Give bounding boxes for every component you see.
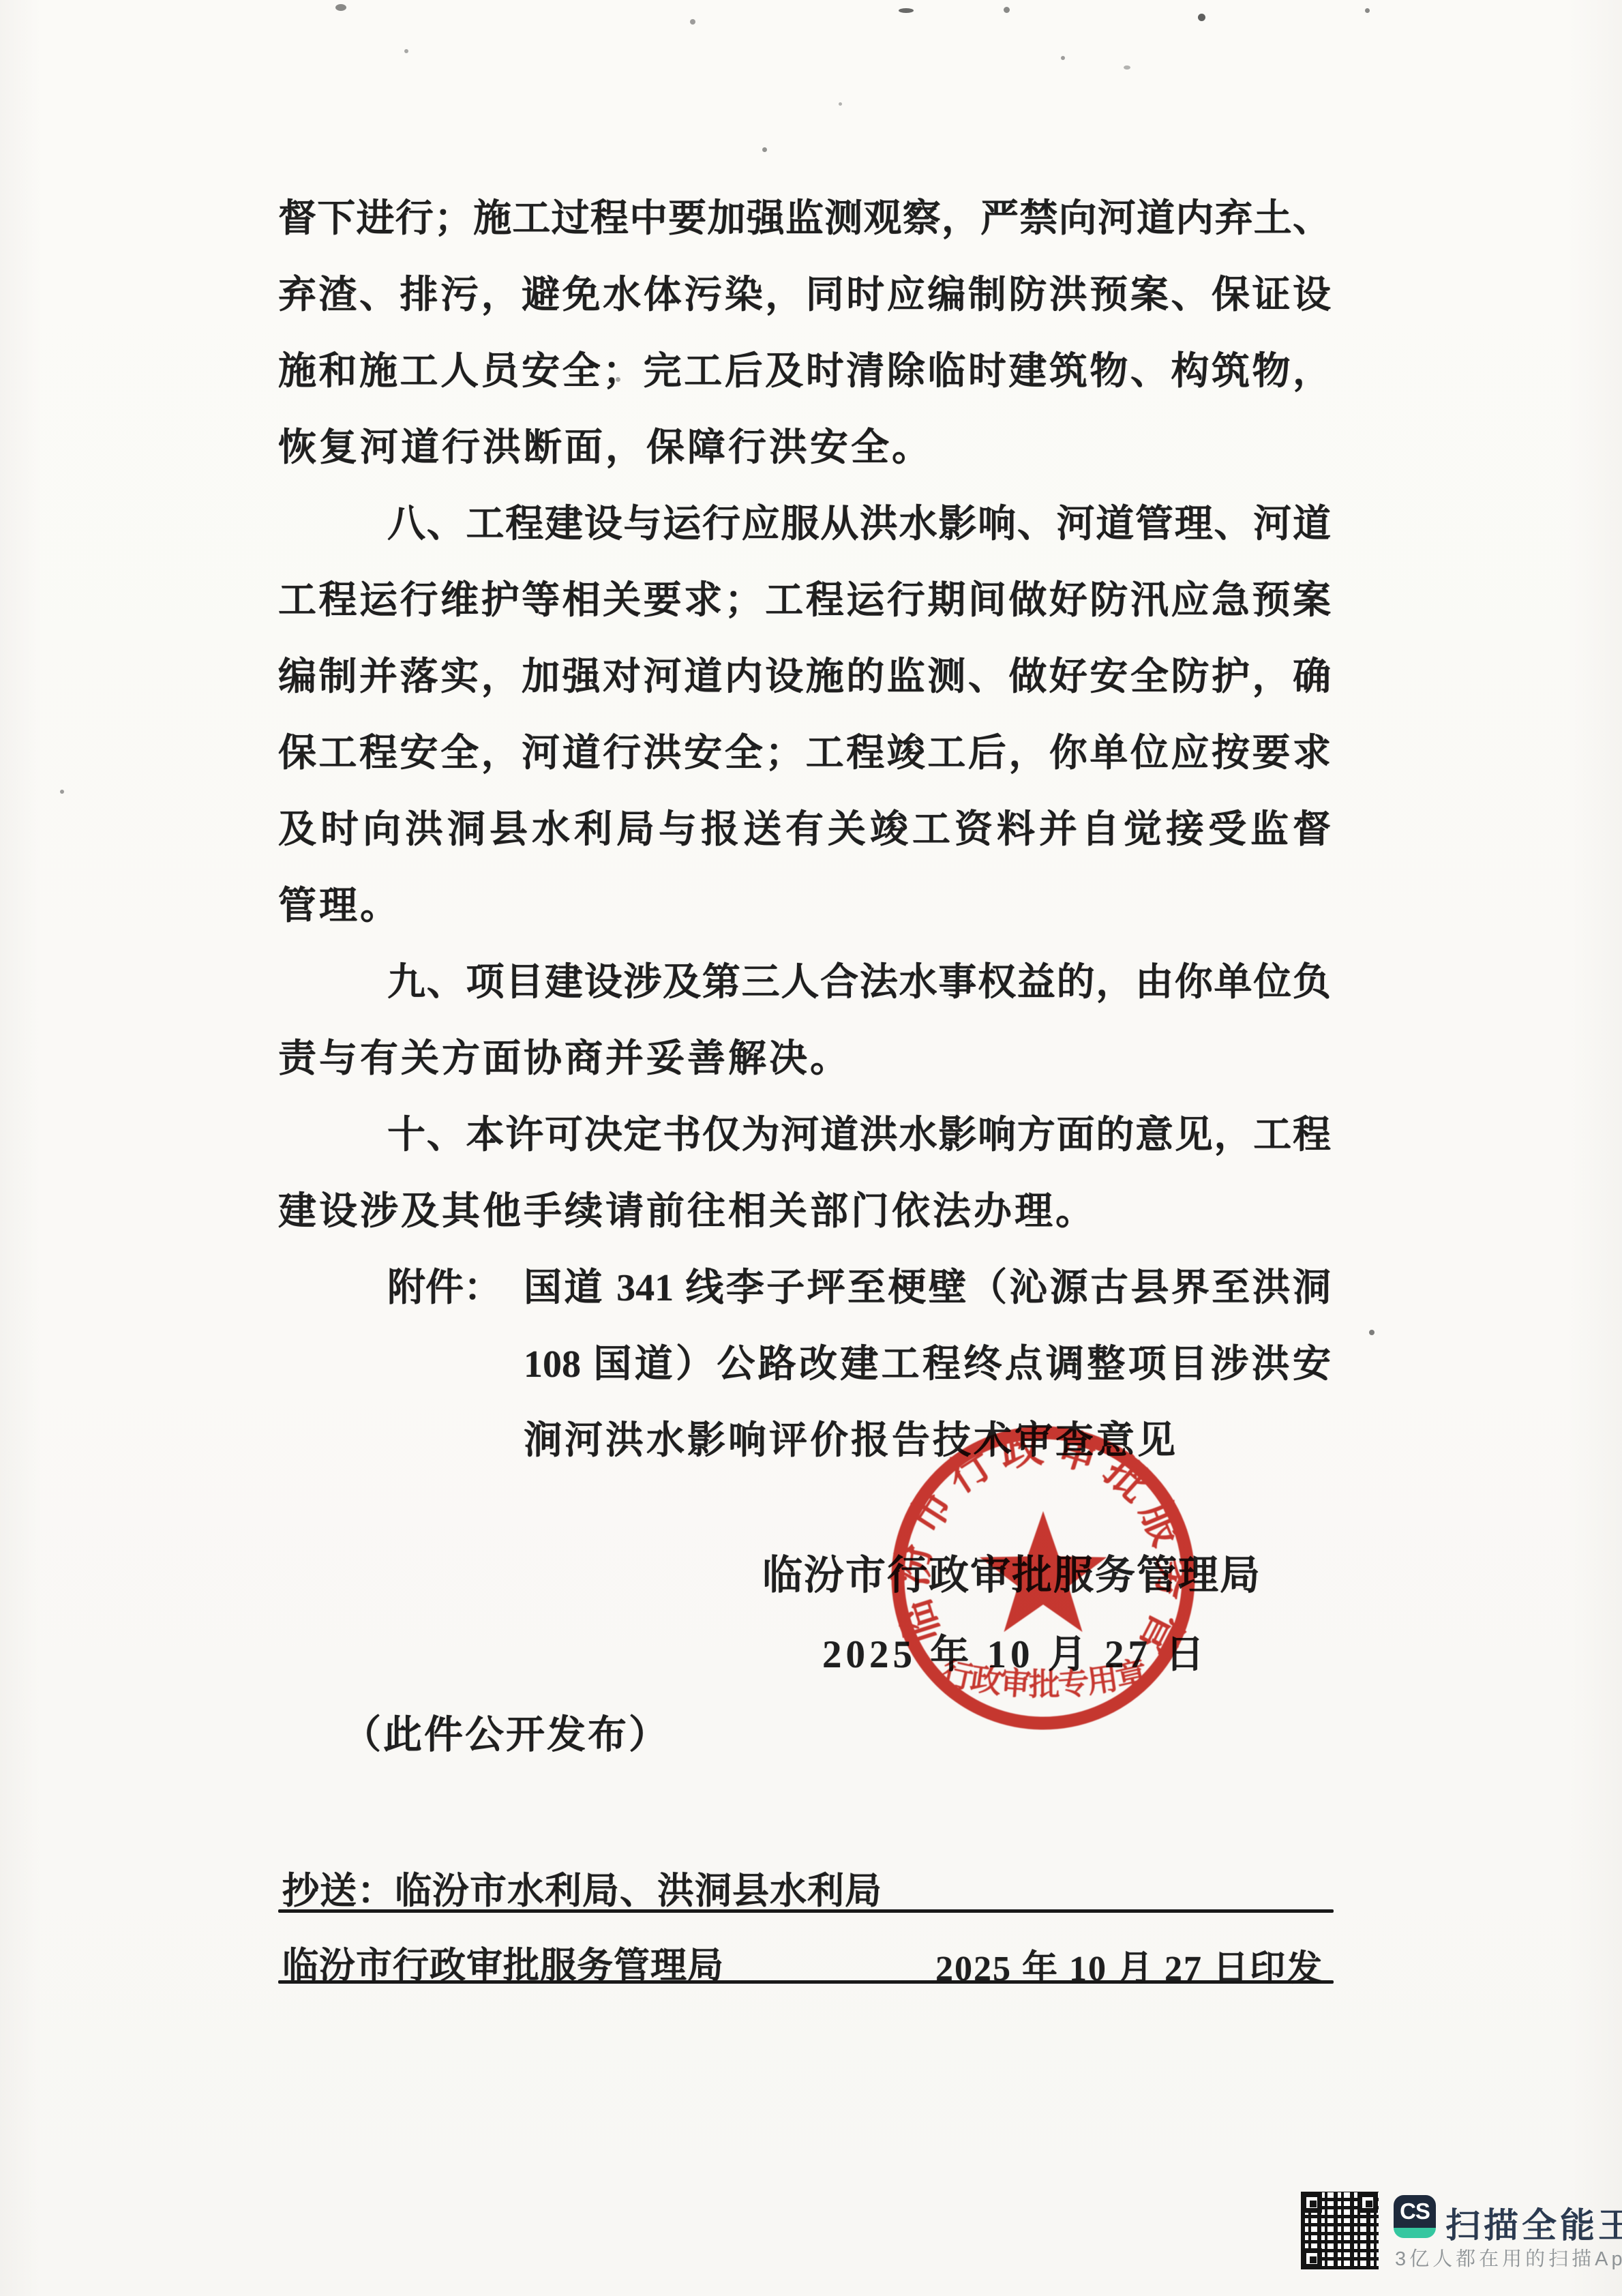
qr-finder-icon bbox=[1357, 2192, 1378, 2213]
scan-speck bbox=[1124, 65, 1130, 70]
body-text-line: 九、项目建设涉及第三人合法水事权益的，由你单位负 bbox=[278, 944, 1331, 1021]
qr-code bbox=[1301, 2192, 1379, 2269]
attachment-line: 108 国道）公路改建工程终点调整项目涉洪安 bbox=[278, 1326, 1331, 1403]
body-text-line: 管理。 bbox=[278, 868, 1331, 944]
scan-speck bbox=[690, 19, 695, 25]
scan-speck bbox=[1061, 56, 1065, 60]
body-text-line: 工程运行维护等相关要求；工程运行期间做好防汛应急预案 bbox=[278, 563, 1331, 639]
body-text-line: 弃渣、排污，避免水体污染，同时应编制防洪预案、保证设 bbox=[278, 257, 1331, 333]
attachment-text: 国道 341 线李子坪至梗壁（沁源古县界至洪洞 bbox=[524, 1250, 1331, 1326]
scan-speck bbox=[1365, 8, 1370, 13]
body-text-line: 建设涉及其他手续请前往相关部门依法办理。 bbox=[278, 1174, 1331, 1250]
body-text-line: 八、工程建设与运行应服从洪水影响、河道管理、河道 bbox=[278, 486, 1331, 563]
footer-cc-line: 抄送：临汾市水利局、洪洞县水利局 bbox=[282, 1862, 882, 1914]
qr-finder-icon bbox=[1302, 2248, 1322, 2269]
scan-speck bbox=[899, 8, 914, 13]
scan-speck bbox=[1369, 1330, 1375, 1335]
scan-speck bbox=[60, 790, 64, 794]
camscanner-logo-icon: CS bbox=[1394, 2195, 1436, 2238]
attachment-label: 附件： bbox=[387, 1250, 524, 1326]
scan-speck bbox=[1004, 7, 1010, 13]
document-body-text: 督下进行；施工过程中要加强监测观察，严禁向河道内弃土、弃渣、排污，避免水体污染，… bbox=[278, 181, 1331, 1479]
scanned-document-page: 督下进行；施工过程中要加强监测观察，严禁向河道内弃土、弃渣、排污，避免水体污染，… bbox=[0, 0, 1622, 2296]
body-text-line: 施和施工人员安全；完工后及时清除临时建筑物、构筑物， bbox=[278, 333, 1331, 410]
body-text-line: 责与有关方面协商并妥善解决。 bbox=[278, 1021, 1331, 1097]
body-text-line: 督下进行；施工过程中要加强监测观察，严禁向河道内弃土、 bbox=[278, 181, 1331, 257]
body-text-line: 恢复河道行洪断面，保障行洪安全。 bbox=[278, 410, 1331, 486]
scan-speck bbox=[1198, 14, 1205, 21]
footer-divider-top bbox=[278, 1909, 1334, 1913]
body-text-line: 及时向洪洞县水利局与报送有关竣工资料并自觉接受监督 bbox=[278, 792, 1331, 868]
footer-divider-bottom bbox=[278, 1980, 1334, 1984]
qr-finder-icon bbox=[1302, 2192, 1322, 2213]
body-text-line: 保工程安全，河道行洪安全；工程竣工后，你单位应按要求 bbox=[278, 715, 1331, 792]
scan-speck bbox=[839, 102, 842, 106]
public-release-note: （此件公开发布） bbox=[342, 1703, 670, 1759]
scan-speck bbox=[335, 4, 346, 11]
official-seal: 临汾市行政审批服务管理局 行政审批专用章 bbox=[852, 1392, 1234, 1774]
watermark-app-subtitle: 3亿人都在用的扫描App bbox=[1395, 2243, 1622, 2271]
seal-bottom-text: 行政审批专用章 bbox=[938, 1654, 1150, 1702]
watermark-app-title: 扫描全能王 bbox=[1445, 2197, 1622, 2248]
scan-speck bbox=[762, 147, 767, 152]
body-text-line: 十、本许可决定书仅为河道洪水影响方面的意见，工程 bbox=[278, 1097, 1331, 1174]
body-text-line: 编制并落实，加强对河道内设施的监测、做好安全防护，确 bbox=[278, 639, 1331, 715]
scan-speck bbox=[404, 49, 408, 53]
attachment-line: 附件：国道 341 线李子坪至梗壁（沁源古县界至洪洞 bbox=[278, 1250, 1331, 1326]
seal-star-icon bbox=[980, 1511, 1107, 1632]
